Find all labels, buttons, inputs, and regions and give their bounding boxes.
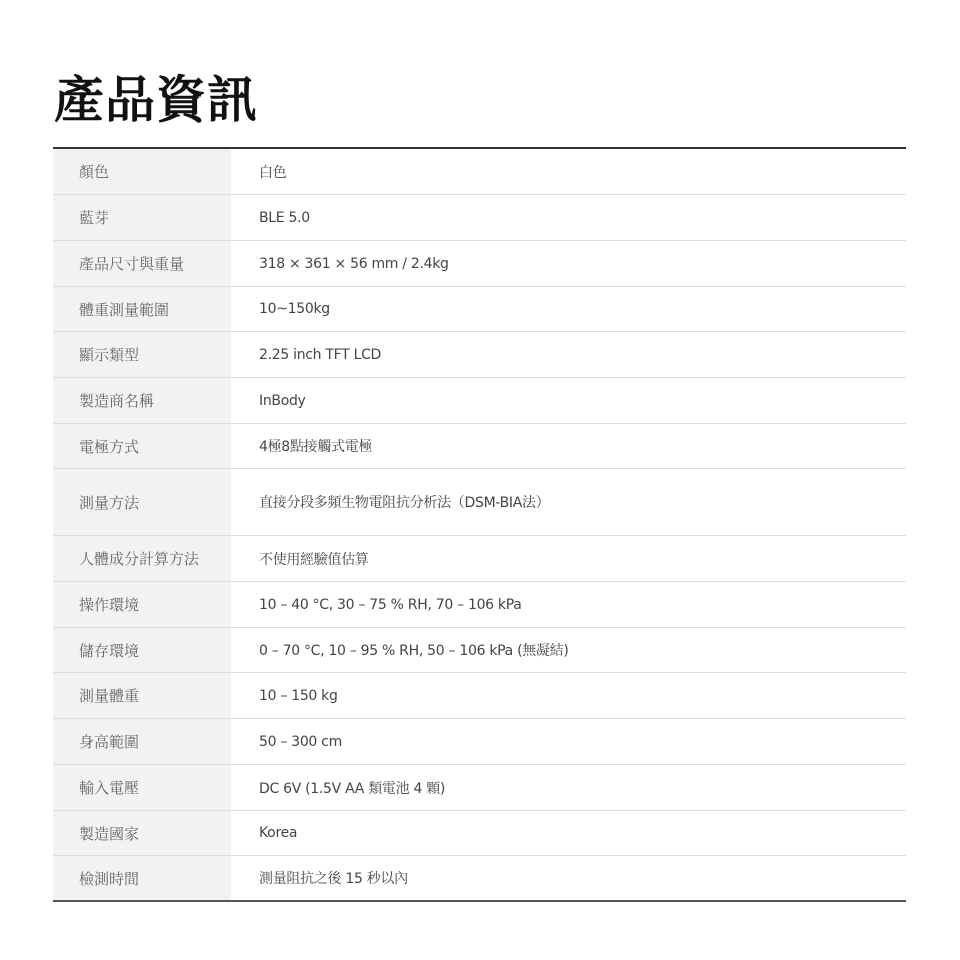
spec-label: 顏色 [53, 149, 231, 194]
spec-row: 測量體重10 – 150 kg [53, 673, 906, 719]
spec-value: 10 – 150 kg [231, 673, 906, 718]
spec-label: 人體成分計算方法 [53, 536, 231, 581]
spec-label: 操作環境 [53, 582, 231, 627]
spec-label: 製造商名稱 [53, 378, 231, 423]
spec-row: 藍芽BLE 5.0 [53, 195, 906, 241]
spec-value: Korea [231, 811, 906, 855]
spec-row: 製造商名稱InBody [53, 378, 906, 424]
spec-label: 輸入電壓 [53, 765, 231, 810]
spec-row: 輸入電壓DC 6V (1.5V AA 類電池 4 顆) [53, 765, 906, 811]
spec-value: 10~150kg [231, 287, 906, 331]
spec-row: 操作環境10 – 40 °C, 30 – 75 % RH, 70 – 106 k… [53, 582, 906, 628]
spec-row: 檢測時間測量阻抗之後 15 秒以內 [53, 856, 906, 900]
spec-label: 儲存環境 [53, 628, 231, 672]
spec-row: 測量方法直接分段多頻生物電阻抗分析法（DSM-BIA法） [53, 469, 906, 536]
spec-value: 2.25 inch TFT LCD [231, 332, 906, 377]
spec-row: 製造國家Korea [53, 811, 906, 856]
spec-value: DC 6V (1.5V AA 類電池 4 顆) [231, 765, 906, 810]
spec-value: 不使用經驗值估算 [231, 536, 906, 581]
spec-row: 電極方式4極8點接觸式電極 [53, 424, 906, 469]
spec-label: 測量方法 [53, 469, 231, 535]
spec-label: 檢測時間 [53, 856, 231, 900]
spec-value: 10 – 40 °C, 30 – 75 % RH, 70 – 106 kPa [231, 582, 906, 627]
spec-value: 直接分段多頻生物電阻抗分析法（DSM-BIA法） [231, 469, 906, 535]
spec-label: 產品尺寸與重量 [53, 241, 231, 286]
spec-label: 電極方式 [53, 424, 231, 468]
spec-row: 體重測量範圍10~150kg [53, 287, 906, 332]
spec-row: 儲存環境0 – 70 °C, 10 – 95 % RH, 50 – 106 kP… [53, 628, 906, 673]
spec-label: 測量體重 [53, 673, 231, 718]
spec-value: 測量阻抗之後 15 秒以內 [231, 856, 906, 900]
spec-row: 產品尺寸與重量318 × 361 × 56 mm / 2.4kg [53, 241, 906, 287]
spec-value: 50 – 300 cm [231, 719, 906, 764]
spec-label: 體重測量範圍 [53, 287, 231, 331]
spec-value: BLE 5.0 [231, 195, 906, 240]
spec-value: 白色 [231, 149, 906, 194]
spec-label: 顯示類型 [53, 332, 231, 377]
spec-label: 製造國家 [53, 811, 231, 855]
spec-row: 身高範圍50 – 300 cm [53, 719, 906, 765]
spec-value: 4極8點接觸式電極 [231, 424, 906, 468]
spec-row: 顯示類型2.25 inch TFT LCD [53, 332, 906, 378]
spec-value: 0 – 70 °C, 10 – 95 % RH, 50 – 106 kPa (無… [231, 628, 906, 672]
spec-row: 人體成分計算方法不使用經驗值估算 [53, 536, 906, 582]
spec-value: InBody [231, 378, 906, 423]
spec-label: 身高範圍 [53, 719, 231, 764]
spec-row: 顏色白色 [53, 149, 906, 195]
product-spec-table: 顏色白色藍芽BLE 5.0產品尺寸與重量318 × 361 × 56 mm / … [53, 147, 906, 902]
page-title: 產品資訊 [54, 70, 258, 130]
spec-label: 藍芽 [53, 195, 231, 240]
spec-value: 318 × 361 × 56 mm / 2.4kg [231, 241, 906, 286]
